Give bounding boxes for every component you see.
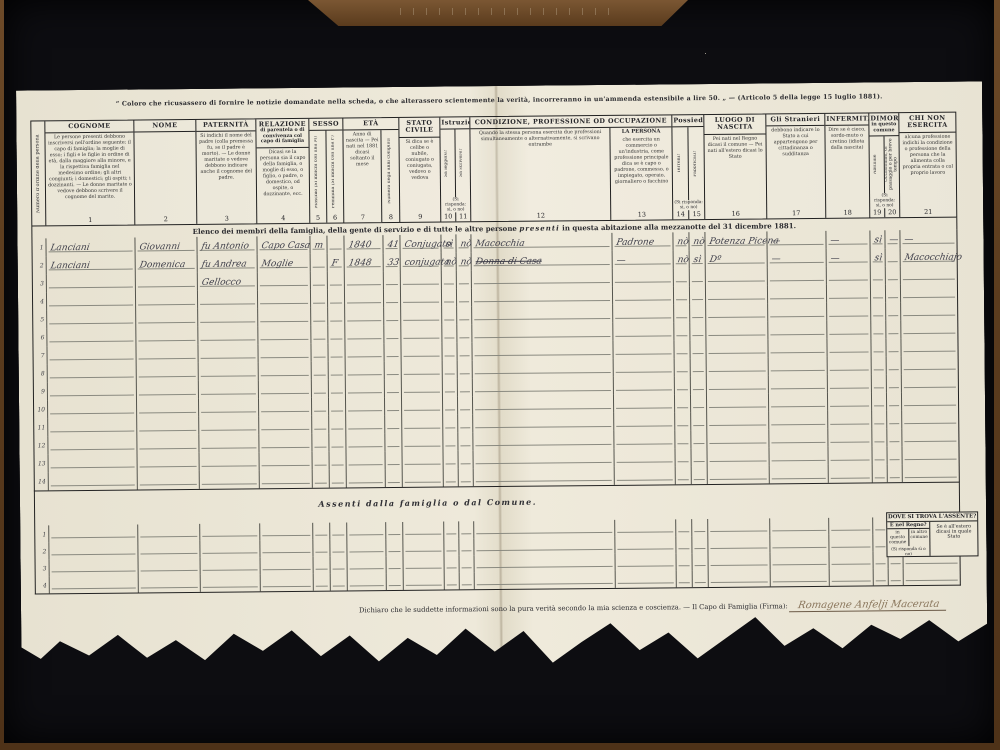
cell-abituale: [872, 410, 887, 428]
handwriting-entry: —: [830, 236, 841, 246]
col-title: STATO CIVILE: [399, 118, 439, 138]
cell-persona: [614, 430, 675, 449]
cell-anno: [347, 451, 386, 469]
rule-line: [349, 482, 383, 483]
sub-col: Anno di nascita — Pei nati nel 1881 dica…: [343, 130, 382, 222]
cell-persona: [615, 466, 676, 485]
cell-chinon: [901, 338, 957, 357]
rule-line: [350, 568, 384, 569]
rule-line: [830, 369, 869, 370]
rule-line: [693, 443, 704, 444]
header-col-dimora: DIMORAin questo comuneAbitualeOccasional…: [869, 113, 900, 217]
rule-line: [460, 445, 470, 446]
cell-anno: [346, 379, 385, 397]
rule-line: [889, 387, 899, 388]
rule-line: [906, 580, 958, 581]
cell-stato: [402, 415, 443, 433]
answer-note: (Si risponda: sì, o no): [870, 193, 899, 208]
header-col-numero: Numero d'ordine della persona: [31, 121, 46, 225]
declaration-text: Dichiaro che le suddette informazioni so…: [359, 602, 788, 614]
rule-line: [444, 283, 454, 284]
cell-n: 3: [33, 274, 47, 292]
rule-line: [404, 446, 440, 447]
cell-abituale: sì: [871, 248, 886, 266]
handwriting-entry: nò: [445, 257, 458, 267]
handwriting-entry: —: [771, 236, 782, 246]
rule-line: [874, 423, 884, 424]
rule-line: [618, 565, 674, 567]
cell-n: 4: [33, 292, 47, 310]
cell-condizione: [472, 305, 613, 324]
col-desc: debbono indicare lo Stato a cui apparten…: [766, 126, 825, 209]
col-number: 7: [344, 213, 381, 222]
cell-leggere: [443, 360, 458, 378]
rule-line: [616, 407, 672, 409]
cell-f: [327, 235, 344, 253]
cell-terreni: [676, 519, 692, 536]
cell-stranieri: [771, 569, 830, 587]
rule-line: [387, 374, 399, 375]
cell-condizione: [473, 377, 614, 396]
cell-fabbricati: [691, 448, 707, 466]
rule-line: [459, 283, 469, 284]
rule-line: [771, 370, 825, 372]
cell-m: [312, 398, 329, 416]
cell-luogo: [707, 447, 769, 466]
absent-persons-rows: 1234: [34, 517, 961, 595]
cell-luogo: [706, 339, 768, 358]
handwriting-entry: Dº: [709, 255, 722, 265]
cell-stato: [403, 469, 444, 487]
rule-line: [403, 302, 439, 303]
cell-chinon: [902, 410, 958, 429]
cell-anni: [385, 451, 402, 469]
cell-fabbricati: [692, 466, 708, 484]
handwriting-entry: Domenica: [139, 260, 186, 270]
rule-line: [461, 550, 471, 551]
cell-chinon: [902, 446, 958, 465]
cell-stranieri: [768, 267, 827, 286]
cell-occasionale: [886, 248, 901, 266]
cell-persona: [613, 268, 674, 287]
cell-relazione: [258, 290, 311, 309]
rule-line: [444, 319, 454, 320]
cell-f: [331, 573, 348, 590]
rule-line: [405, 551, 441, 552]
cell-luogo: [706, 321, 768, 340]
rule-line: [711, 581, 768, 583]
sub-col: Terreni?: [672, 128, 688, 201]
rule-line: [678, 479, 689, 480]
rule-line: [330, 249, 342, 250]
rule-line: [459, 301, 469, 302]
cell-terreni: [675, 376, 691, 394]
rule-line: [693, 407, 704, 408]
cell-stato: [401, 307, 442, 325]
rule-line: [447, 567, 457, 568]
regno-subcols: in questo comune in altro comune: [887, 529, 929, 546]
col-subtitle: di parentela o di convivenza col capo di…: [257, 128, 307, 145]
rule-line: [201, 393, 256, 395]
cell-anni: 33: [384, 253, 401, 271]
sub-col: Sa scrivere?: [455, 130, 470, 198]
cell-relazione: [260, 523, 313, 541]
cell-luogo: [707, 357, 769, 376]
handwriting-entry: Lanciani: [50, 261, 91, 271]
cell-stranieri: [769, 357, 828, 376]
cell-m: [311, 344, 328, 362]
cell-cognome: [49, 471, 138, 490]
cell-infermita: [827, 302, 871, 320]
header-col-istruzione: IstruzioneSa leggere?Sa scrivere?(Si ris…: [440, 117, 471, 221]
cell-nome: [136, 327, 198, 346]
rule-line: [474, 318, 610, 320]
cell-nome: Giovanni: [135, 237, 197, 256]
header-col-condizione: CONDIZIONE, PROFESSIONE OD OCCUPAZIONEQu…: [470, 115, 673, 221]
cell-scrivere: [457, 342, 472, 360]
handwriting-entry: —: [830, 254, 841, 264]
cell-leggere: [445, 555, 460, 572]
cell-relazione: [258, 308, 311, 327]
rule-line: [333, 569, 345, 570]
cell-luogo: [707, 429, 769, 448]
cell-paternita: [200, 452, 260, 471]
col-desc: Dicasi se la persona sia il capo della f…: [257, 148, 310, 215]
rule-line: [138, 304, 195, 306]
cell-f: [329, 433, 346, 451]
cell-m: [312, 416, 329, 434]
rule-line: [330, 339, 342, 340]
cell-occasionale: [887, 356, 902, 374]
rule-line: [347, 302, 381, 303]
rule-line: [262, 535, 310, 536]
cell-paternita: fu Andrea: [198, 254, 258, 273]
cell-n: 12: [34, 436, 48, 454]
photo-scene: “ Coloro che ricusassero di fornire le n…: [0, 0, 1000, 750]
rule-line: [771, 442, 825, 444]
cell-nome: [138, 541, 200, 559]
risponda-note: (Si risponda sì o no): [887, 546, 929, 556]
rule-line: [889, 441, 899, 442]
rule-line: [829, 333, 868, 334]
cell-terreni: nò: [673, 232, 689, 250]
rule-line: [461, 533, 471, 534]
rule-line: [347, 338, 381, 339]
rule-line: [203, 569, 258, 571]
rule-line: [475, 390, 611, 392]
cell-chinon: [902, 428, 958, 447]
cell-persona: [616, 570, 677, 588]
cell-luogo: Dº: [706, 249, 768, 268]
cell-n: 13: [35, 454, 49, 472]
cell-anni: [385, 379, 402, 397]
rule-line: [770, 298, 824, 300]
cell-n: 11: [34, 418, 48, 436]
rule-line: [873, 315, 883, 316]
rule-line: [349, 534, 383, 535]
rule-line: [49, 323, 133, 325]
header-col-possiede: PossiedeTerreni?Fabbricati?(Si risponda:…: [672, 115, 705, 219]
col-title: Istruzione: [440, 117, 469, 130]
cell-stato: Conjugato: [400, 235, 441, 253]
cell-leggere: [444, 521, 459, 538]
cell-infermita: [827, 320, 871, 338]
col-numbers: 1011: [441, 212, 470, 221]
rule-line: [771, 406, 825, 408]
cell-infermita: —: [826, 230, 870, 248]
rule-line: [315, 483, 327, 484]
rule-line: [387, 446, 399, 447]
caption-emphasis: presenti: [519, 223, 560, 232]
cell-relazione: [258, 326, 311, 345]
rule-line: [314, 429, 326, 430]
rotated-sub-label: Femmina (Si indichi con una F): [332, 132, 338, 213]
handwriting-entry: Moglie: [261, 259, 294, 269]
cell-fabbricati: [692, 536, 708, 553]
cell-terreni: [675, 412, 691, 430]
cell-terreni: [675, 448, 691, 466]
rule-line: [710, 547, 767, 549]
rule-line: [903, 279, 955, 280]
col-title: DIMORAin questo comune: [869, 113, 898, 137]
cell-scrivere: [457, 288, 472, 306]
cell-nome: [139, 558, 201, 576]
cell-scrivere: [457, 306, 472, 324]
rule-line: [314, 411, 326, 412]
census-sheet: “ Coloro che ricusassero di fornire le n…: [16, 81, 988, 670]
rule-line: [348, 374, 382, 375]
rule-line: [693, 353, 704, 354]
rule-line: [331, 393, 343, 394]
cell-stranieri: [768, 285, 827, 304]
cell-relazione: [260, 452, 313, 471]
rule-line: [694, 461, 705, 462]
rule-line: [904, 387, 956, 388]
rule-line: [678, 548, 689, 549]
col-desc: Pei nati nel Regno dicasi il comune — Pe…: [704, 134, 766, 210]
rule-line: [139, 448, 196, 450]
rule-line: [332, 535, 344, 536]
cell-stranieri: [769, 411, 828, 430]
cell-abituale: [872, 446, 887, 464]
rule-line: [770, 334, 824, 336]
rule-line: [889, 351, 899, 352]
header-col-eta: ETÀAnno di nascita — Pei nati nel 1881 d…: [343, 118, 400, 223]
in-questo-comune-label: in questo comune: [887, 529, 909, 546]
rule-line: [770, 280, 824, 282]
cell-leggere: [443, 396, 458, 414]
rule-line: [888, 261, 898, 262]
cell-f: [328, 307, 345, 325]
cell-terreni: [675, 358, 691, 376]
cell-scrivere: [459, 521, 474, 538]
cell-persona: [615, 553, 676, 571]
cell-n: 10: [34, 400, 48, 418]
cell-m: [311, 308, 328, 326]
cell-infermita: [829, 551, 873, 568]
cell-n: 7: [33, 346, 47, 364]
cell-n: 1: [32, 238, 46, 256]
rule-line: [904, 405, 956, 406]
cell-infermita: [829, 534, 873, 551]
rule-line: [315, 552, 327, 553]
col-desc: Le persone presenti debbono inscriversi …: [45, 133, 134, 216]
rule-line: [350, 585, 384, 586]
cell-leggere: [444, 468, 459, 486]
cell-n: 8: [34, 364, 48, 382]
rule-line: [830, 423, 869, 424]
col-number: 11: [456, 212, 470, 221]
rule-line: [709, 442, 766, 444]
rule-line: [261, 375, 309, 376]
cell-m: [313, 523, 330, 540]
in-altro-comune-label: in altro comune: [909, 529, 930, 546]
rule-line: [201, 375, 256, 377]
cell-luogo: Potenza Picena: [705, 231, 767, 250]
cell-stato: [403, 522, 444, 539]
col-title: RELAZIONEdi parentela o di convivenza co…: [256, 119, 308, 148]
rule-line: [692, 335, 703, 336]
rule-line: [773, 564, 827, 566]
rule-line: [445, 391, 455, 392]
rule-line: [49, 287, 133, 289]
cell-infermita: —: [827, 248, 871, 266]
rule-line: [891, 563, 901, 564]
cell-n: 9: [34, 382, 48, 400]
rule-line: [386, 320, 398, 321]
rotated-sub-label: Numero degli anni compiuti: [388, 131, 394, 212]
rule-line: [676, 299, 687, 300]
rule-line: [260, 321, 308, 322]
cell-stranieri: [770, 518, 829, 536]
rule-line: [676, 281, 687, 282]
sub-col: Abituale: [870, 137, 885, 194]
cell-anni: [384, 271, 401, 289]
rule-line: [475, 408, 611, 410]
cell-paternita: [198, 326, 258, 345]
rule-line: [387, 428, 399, 429]
cell-n: 3: [36, 559, 50, 576]
cell-stranieri: [768, 339, 827, 358]
handwriting-entry: sì: [693, 255, 702, 265]
rule-line: [386, 284, 398, 285]
cell-m: [314, 557, 331, 574]
cell-condizione: [474, 520, 615, 538]
cell-infermita: [827, 284, 871, 302]
cell-luogo: [706, 285, 768, 304]
rule-line: [347, 320, 381, 321]
rule-line: [446, 550, 456, 551]
rule-line: [202, 535, 257, 537]
answer-note: (Si risponda: sì, o no): [441, 197, 470, 212]
rule-line: [475, 372, 611, 374]
cell-persona: [614, 394, 675, 413]
rule-line: [389, 585, 401, 586]
cell-cognome: [48, 435, 137, 454]
rule-line: [349, 551, 383, 552]
col-title: CHI NON ESERCITA: [899, 113, 955, 133]
rule-line: [49, 305, 133, 307]
cell-stato: [401, 271, 442, 289]
cell-fabbricati: [692, 519, 708, 536]
rule-line: [474, 300, 610, 302]
rule-line: [201, 357, 256, 359]
cell-abituale: [872, 356, 887, 374]
rule-line: [52, 588, 136, 590]
rule-line: [617, 461, 673, 463]
rule-line: [348, 428, 382, 429]
cell-chinon: [902, 356, 958, 375]
rotated-sub-label: Terreni?: [677, 129, 682, 200]
cell-persona: [613, 340, 674, 359]
cell-abituale: [871, 338, 886, 356]
col-title: LUOGO DI NASCITA: [704, 114, 765, 134]
cell-f: [329, 397, 346, 415]
header-col-luogonascita: LUOGO DI NASCITAPei nati nel Regno dicas…: [704, 114, 767, 219]
handwriting-entry: 33: [387, 258, 400, 268]
cell-abituale: [873, 464, 888, 482]
rule-line: [770, 316, 824, 318]
sub-columns: Terreni?Fabbricati?: [672, 127, 704, 200]
cell-stato: conjugata: [401, 253, 442, 271]
rule-line: [477, 583, 613, 585]
rule-line: [51, 467, 135, 469]
cell-condizione: [472, 323, 613, 342]
sub-columns: AbitualeOccasionale, di passaggio o per …: [870, 137, 900, 194]
rotated-sub-label: Fabbricati?: [693, 128, 698, 199]
cell-stato: [402, 451, 443, 469]
rule-line: [709, 370, 766, 372]
cell-condizione: [473, 395, 614, 414]
rule-line: [476, 480, 612, 482]
rule-line: [890, 459, 900, 460]
rule-line: [404, 374, 440, 375]
cell-paternita: [199, 416, 259, 435]
cell-m: [311, 326, 328, 344]
cell-relazione: [259, 434, 312, 453]
estero-label: Se è all'estero dicasi in quale Stato: [930, 521, 977, 555]
table-header: Numero d'ordine della personaCOGNOMELe p…: [30, 112, 957, 227]
cell-paternita: [199, 362, 259, 381]
rule-line: [616, 371, 672, 373]
cell-f: [329, 379, 346, 397]
cell-cognome: [48, 363, 137, 382]
cell-chinon: [901, 266, 957, 285]
cell-relazione: [259, 416, 312, 435]
rotated-sub-label: Sa scrivere?: [460, 131, 465, 197]
rule-line: [348, 446, 382, 447]
cell-stato: [402, 361, 443, 379]
sub-col: Sa leggere?: [440, 130, 455, 198]
cell-cognome: [47, 291, 136, 310]
rule-line: [446, 481, 456, 482]
cell-condizione: [472, 287, 613, 306]
rule-line: [678, 461, 689, 462]
handwriting-entry: sì: [445, 239, 454, 249]
cell-abituale: [871, 284, 886, 302]
present-persons-rows: 1LancianiGiovannifu AntonioCapo Casam184…: [31, 230, 959, 492]
cell-anno: [348, 573, 387, 590]
col-number: 3: [197, 214, 256, 224]
header-col-nome: NOME2: [134, 120, 197, 225]
col-number: 2: [135, 215, 196, 225]
rule-line: [475, 354, 611, 356]
cell-fabbricati: [691, 412, 707, 430]
rotated-sub-label: Abituale: [874, 138, 879, 193]
cell-stato: [404, 556, 445, 573]
cell-m: [311, 290, 328, 308]
rule-line: [616, 443, 672, 445]
